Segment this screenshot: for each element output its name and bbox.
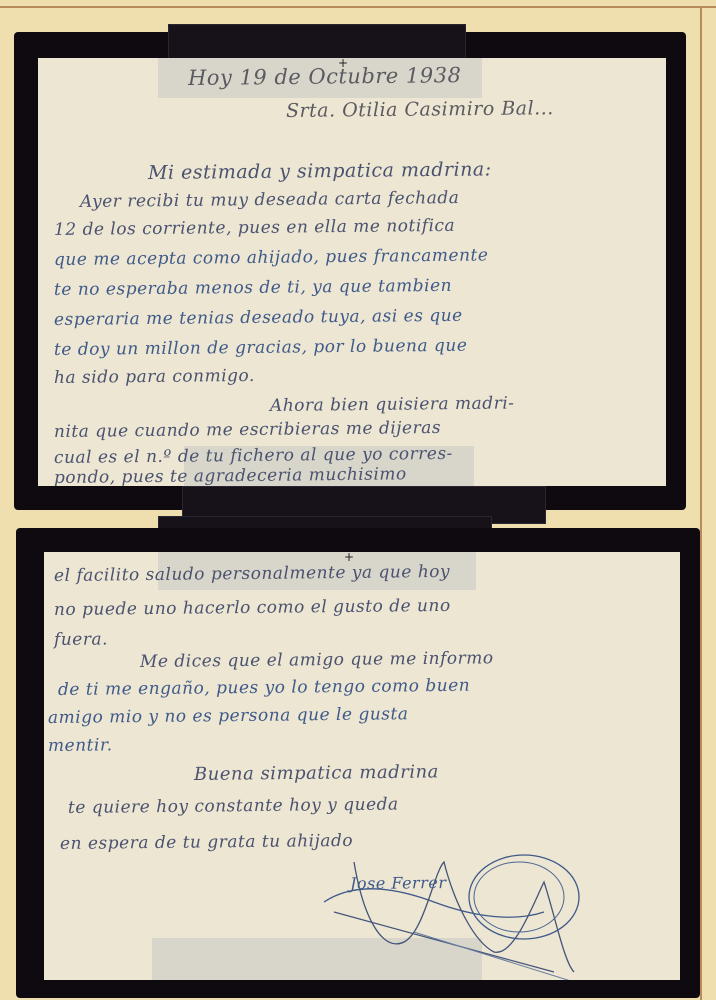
letter-line: Buena simpatica madrina — [194, 761, 439, 785]
letter-line: que me acepta como ahijado, pues francam… — [54, 245, 489, 270]
letter-sheet-1: + Hoy 19 de Octubre 1938 Srta. Otilia Ca… — [38, 58, 666, 486]
letter-line: Me dices que el amigo que me informo — [140, 648, 494, 672]
letter-line: el facilito saludo personalmente ya que … — [54, 562, 450, 586]
album-page-border-top — [0, 6, 716, 8]
letter-line: amigo mio y no es persona que le gusta — [48, 704, 409, 728]
letter-line: te quiere hoy constante hoy y queda — [68, 795, 399, 818]
letter-line: te doy un millon de gracias, por lo buen… — [54, 336, 468, 360]
letter-line: nita que cuando me escribieras me dijera… — [54, 418, 441, 442]
signature-flourish — [314, 842, 614, 980]
date-line: Hoy 19 de Octubre 1938 — [188, 63, 462, 90]
letter-line: Ayer recibi tu muy deseada carta fechada — [80, 188, 460, 212]
letter-line: en espera de tu grata tu ahijado — [60, 831, 353, 854]
letter-line: Ahora bien quisiera madri- — [270, 393, 515, 416]
salutation: Mi estimada y simpatica madrina: — [148, 158, 492, 184]
album-page-border-right — [700, 6, 702, 1000]
letter-line: fuera. — [54, 629, 108, 650]
letter-line: no puede uno hacerlo como el gusto de un… — [54, 596, 451, 620]
letter-line: de ti me engaño, pues yo lo tengo como b… — [58, 676, 470, 700]
letter-line: esperaria me tenias deseado tuya, asi es… — [54, 306, 463, 330]
letter-line: mentir. — [48, 735, 113, 756]
letter-sheet-2: + el facilito saludo personalmente ya qu… — [44, 552, 680, 980]
letter-line: 12 de los corriente, pues en ella me not… — [54, 216, 455, 240]
letter-line: ha sido para conmigo. — [54, 366, 255, 388]
letter-line: pondo, pues te agradeceria muchisimo — [54, 464, 407, 486]
recipient-line: Srta. Otilia Casimiro Bal... — [286, 97, 554, 122]
signature-name: Jose Ferrer — [350, 873, 447, 893]
letter-line: te no esperaba menos de ti, ya que tambi… — [54, 276, 452, 300]
